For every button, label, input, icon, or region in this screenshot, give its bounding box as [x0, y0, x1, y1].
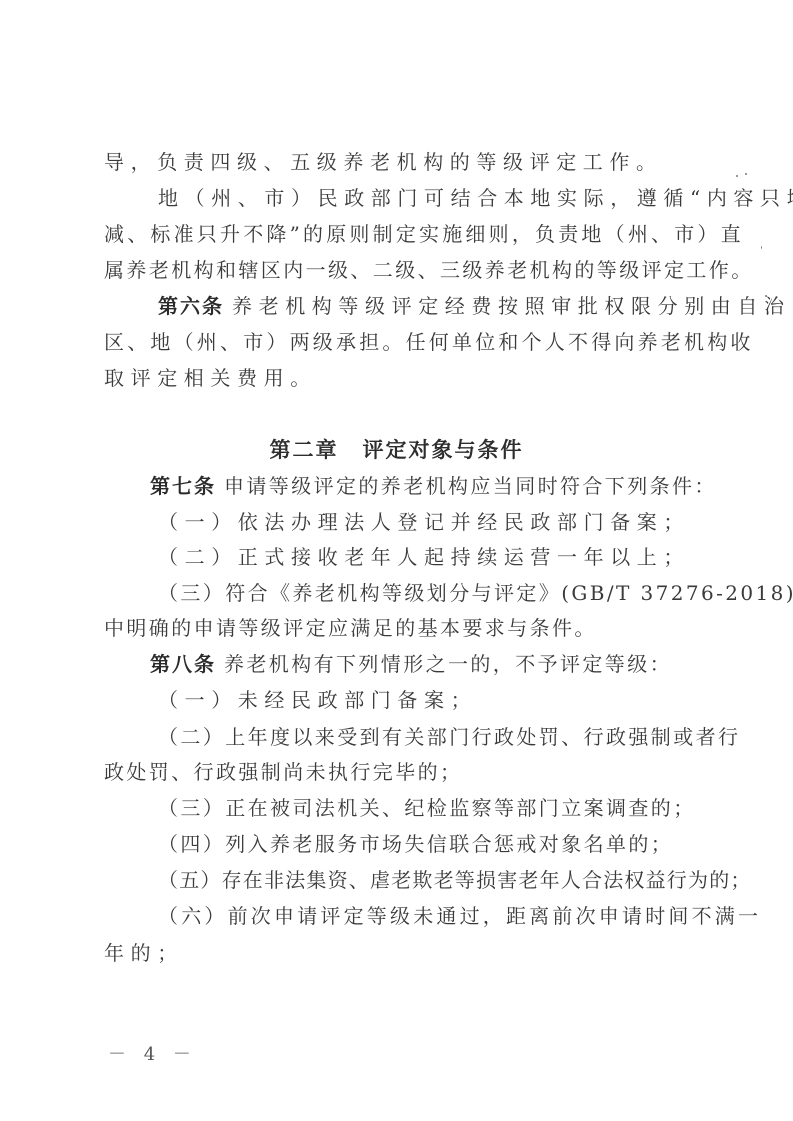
text-line: 政处罚、行政强制尚未执行完毕的； — [104, 760, 704, 784]
chapter-number: 第二章 — [270, 438, 339, 462]
text-line: 导，负责四级、五级养老机构的等级评定工作。 — [104, 150, 704, 174]
list-item: （五）存在非法集资、虐老欺老等损害老年人合法权益行为的； — [158, 868, 704, 892]
text-line: 区、地（州、市）两级承担。任何单位和个人不得向养老机构收 — [104, 330, 704, 354]
article-label: 第八条 — [150, 652, 216, 676]
text-line: 属养老机构和辖区内一级、二级、三级养老机构的等级评定工作。 — [104, 258, 704, 282]
text-line: 减、标准只升不降”的原则制定实施细则，负责地（州、市）直 — [104, 222, 704, 246]
chapter-title: 评定对象与条件 — [363, 438, 524, 462]
list-item: （三）符合《养老机构等级划分与评定》(GB/T 37276-2018) — [158, 581, 704, 605]
list-item: （六）前次申请评定等级未通过，距离前次申请时间不满一 — [158, 904, 704, 928]
text-line: 养老机构有下列情形之一的，不予评定等级： — [224, 652, 672, 676]
document-page: 导，负责四级、五级养老机构的等级评定工作。 地（州、市）民政部门可结合本地实际，… — [0, 0, 793, 1121]
scan-speck — [765, 295, 767, 297]
text-line: 取评定相关费用。 — [104, 366, 704, 390]
text-line: 养老机构等级评定经费按照审批权限分别由自治 — [232, 294, 791, 318]
article-8-line: 第八条养老机构有下列情形之一的，不予评定等级： — [150, 652, 750, 676]
list-item: （三）正在被司法机关、纪检监察等部门立案调查的； — [158, 796, 704, 820]
article-label: 第七条 — [150, 474, 216, 498]
text-line: 地（州、市）民政部门可结合本地实际，遵循“内容只增不 — [158, 186, 704, 210]
text-line: 年的； — [104, 941, 704, 965]
list-item: （一）依法办理法人登记并经民政部门备案； — [158, 510, 704, 534]
text-line: 申请等级评定的养老机构应当同时符合下列条件： — [224, 474, 717, 498]
page-number: － 4 － — [108, 1040, 197, 1066]
article-7-line: 第七条申请等级评定的养老机构应当同时符合下列条件： — [150, 474, 750, 498]
scan-speck — [745, 173, 747, 175]
list-item: （二）上年度以来受到有关部门行政处罚、行政强制或者行 — [158, 725, 704, 749]
text-line: 中明确的申请等级评定应满足的基本要求与条件。 — [104, 616, 704, 640]
article-6-line: 第六条养老机构等级评定经费按照审批权限分别由自治 — [158, 294, 704, 318]
chapter-heading: 第二章评定对象与条件 — [0, 437, 793, 463]
scan-speck — [736, 175, 738, 177]
article-label: 第六条 — [158, 294, 224, 318]
list-item: （四）列入养老服务市场失信联合惩戒对象名单的； — [158, 832, 704, 856]
scan-speck — [761, 246, 762, 249]
list-item: （一）未经民政部门备案； — [158, 688, 704, 712]
list-item: （二）正式接收老年人起持续运营一年以上； — [158, 545, 704, 569]
